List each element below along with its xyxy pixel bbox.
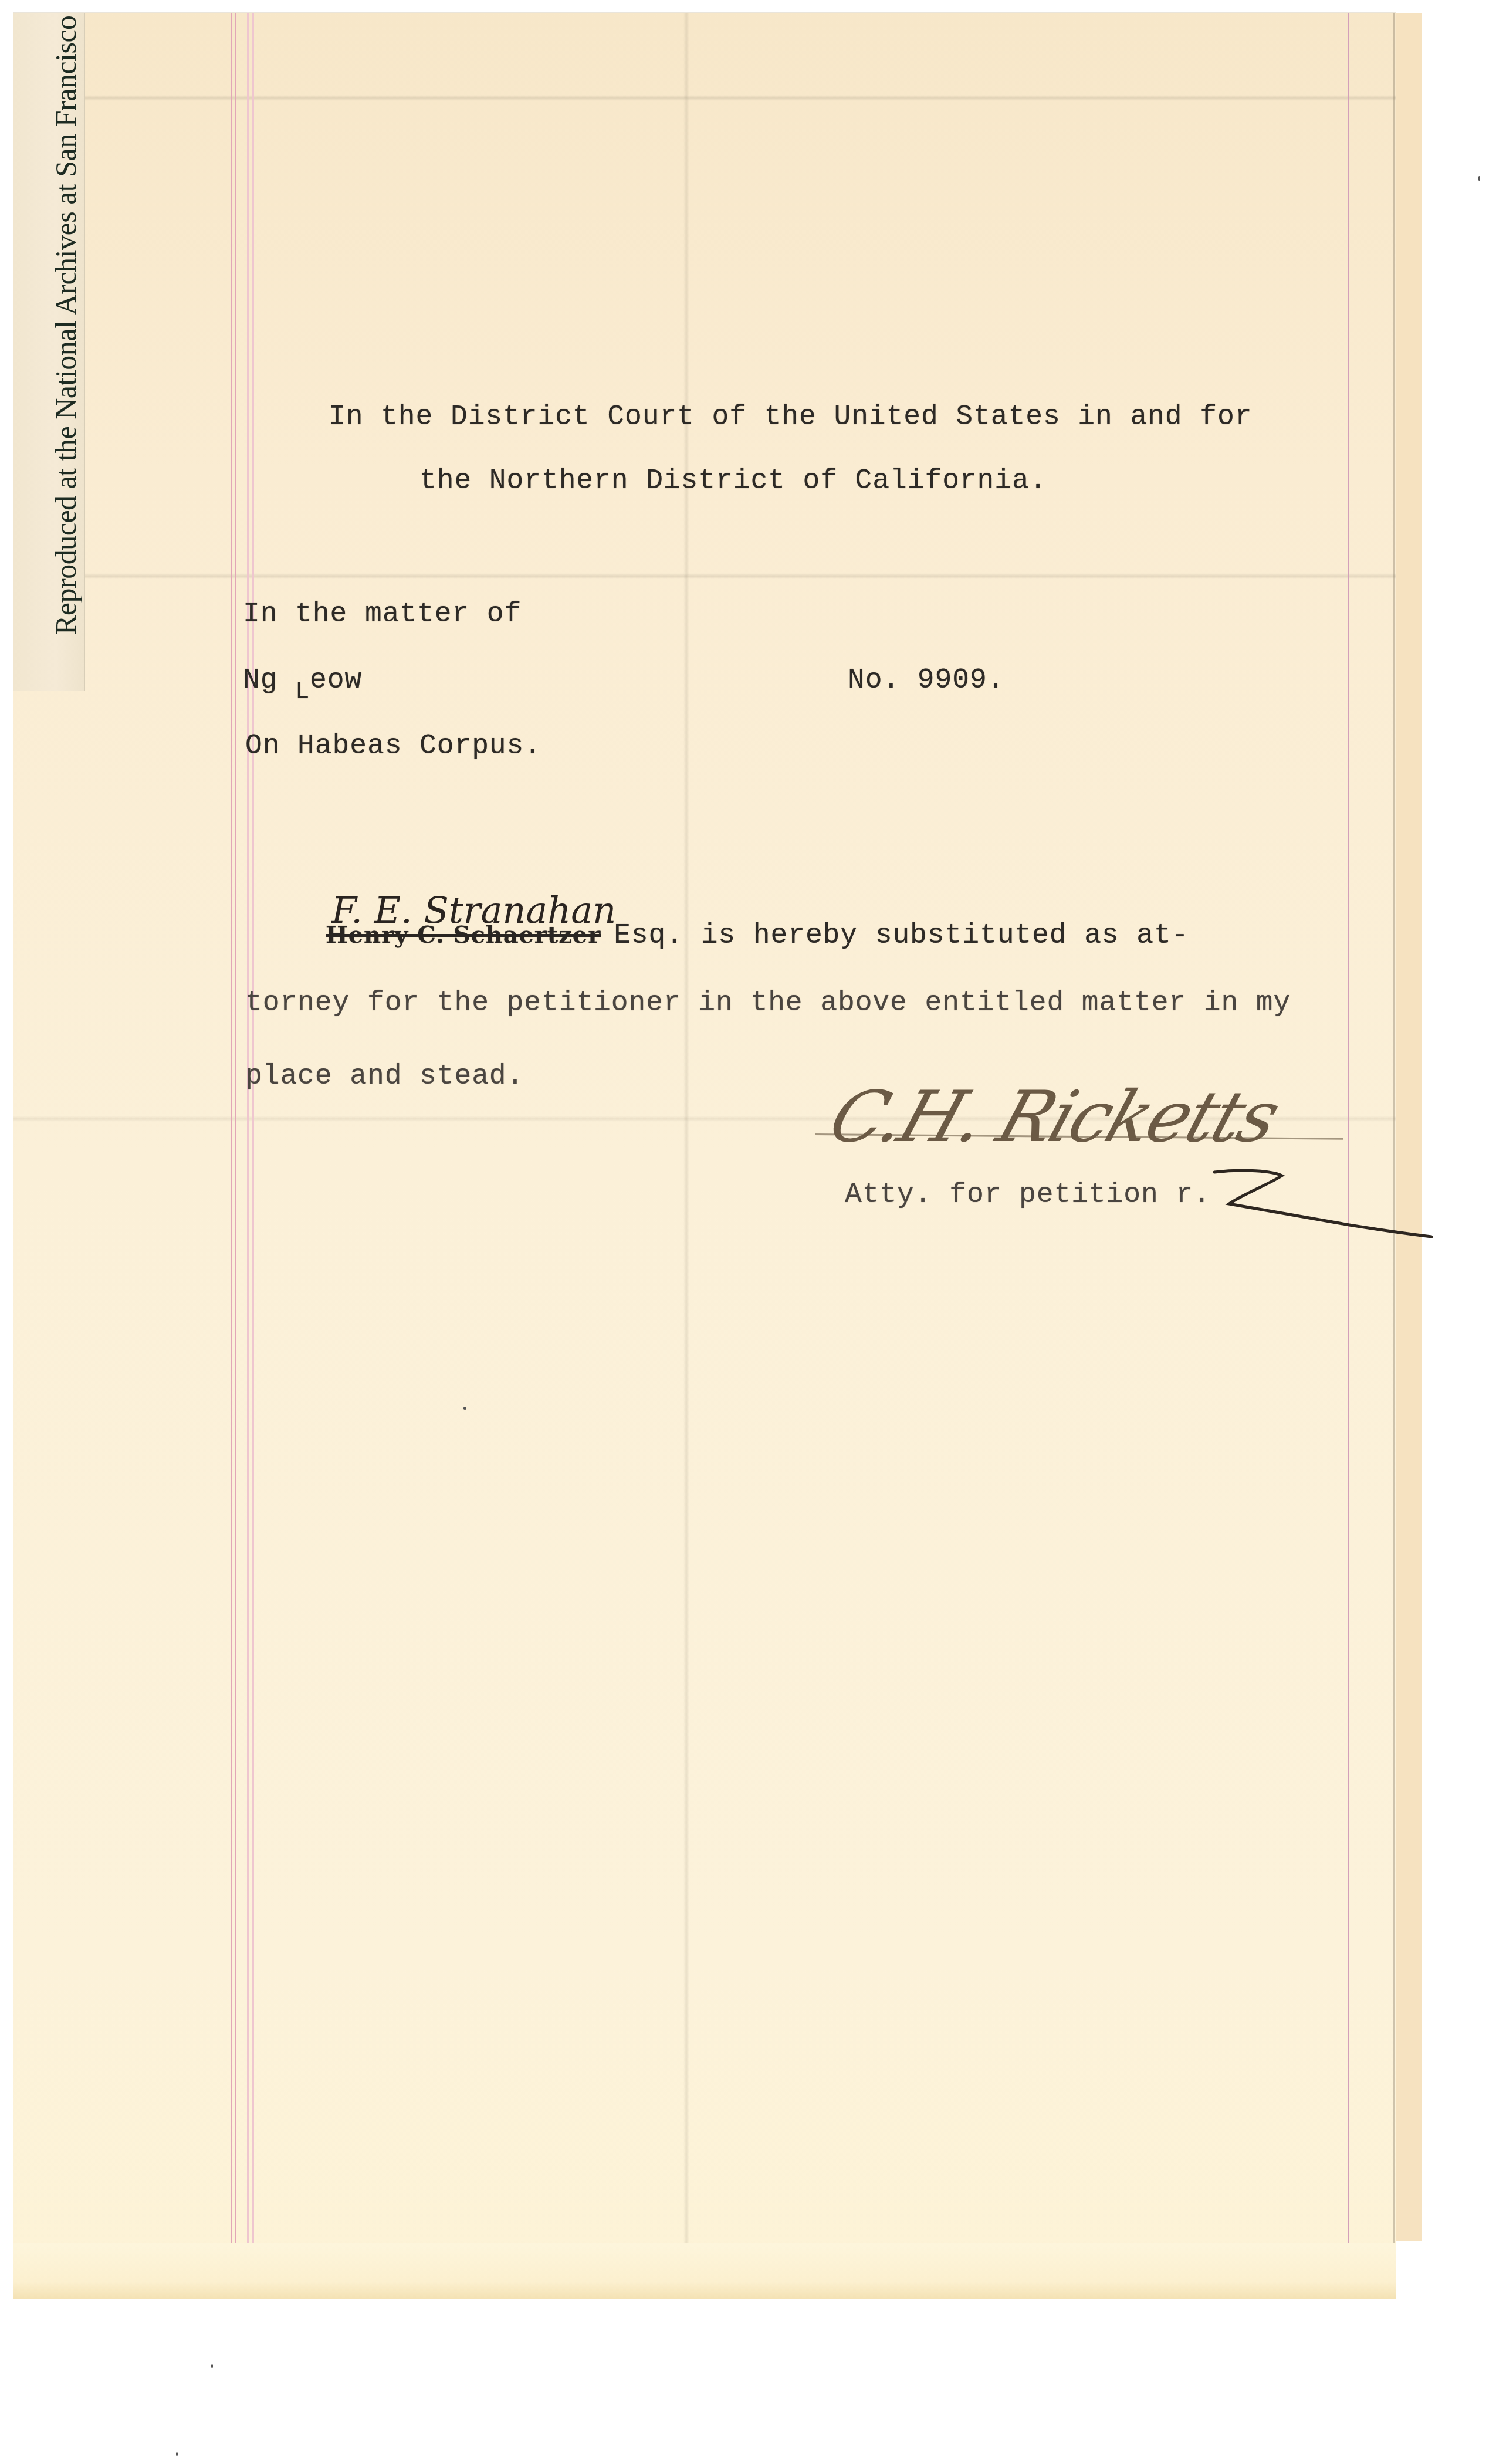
margin-rule-left bbox=[235, 13, 236, 2299]
attorney-signature: C.H. Ricketts bbox=[820, 1077, 1287, 1158]
court-heading-line2: the Northern District of California. bbox=[419, 465, 1047, 497]
scan-speck bbox=[211, 2364, 213, 2368]
court-heading-line1: In the District Court of the United Stat… bbox=[329, 401, 1252, 433]
scan-speck bbox=[463, 1407, 466, 1410]
attorney-title: Atty. for petition r. bbox=[845, 1179, 1211, 1211]
party-name-initial: L bbox=[295, 679, 310, 706]
party-name-first: Ng bbox=[243, 665, 277, 696]
margin-rule-left-inner bbox=[252, 13, 254, 2299]
archive-stamp-strip: Reproduced at the National Archives at S… bbox=[13, 13, 85, 691]
fold-line bbox=[683, 13, 689, 2299]
bottom-edge-strip bbox=[13, 2243, 1396, 2299]
body-line2: torney for the petitioner in the above e… bbox=[245, 987, 1291, 1019]
fold-line bbox=[13, 573, 1396, 579]
party-name-rest: eow bbox=[310, 665, 362, 696]
matter-label: In the matter of bbox=[243, 598, 522, 630]
scan-speck bbox=[1478, 176, 1480, 181]
signature-flourish bbox=[1203, 1167, 1437, 1238]
margin-rule-left bbox=[231, 13, 232, 2299]
case-number: No. 9909. bbox=[848, 665, 1004, 696]
margin-rule-left-inner bbox=[247, 13, 249, 2299]
proceeding-type: On Habeas Corpus. bbox=[245, 730, 541, 762]
body-line1-text: Esq. is hereby substituted as at- bbox=[614, 920, 1189, 952]
party-name: Ng Leow bbox=[243, 665, 362, 696]
struck-name: Henry C. Schaertzer bbox=[326, 921, 601, 949]
body-line1: Henry C. SchaertzerEsq. is hereby substi… bbox=[326, 920, 1189, 952]
scan-speck bbox=[176, 2452, 178, 2456]
body-line3: place and stead. bbox=[245, 1061, 524, 1092]
archive-stamp-text: Reproduced at the National Archives at S… bbox=[49, 15, 83, 635]
sheet-edge-line bbox=[1393, 13, 1395, 2299]
margin-rule-right bbox=[1348, 13, 1349, 2299]
fold-line bbox=[13, 95, 1396, 101]
